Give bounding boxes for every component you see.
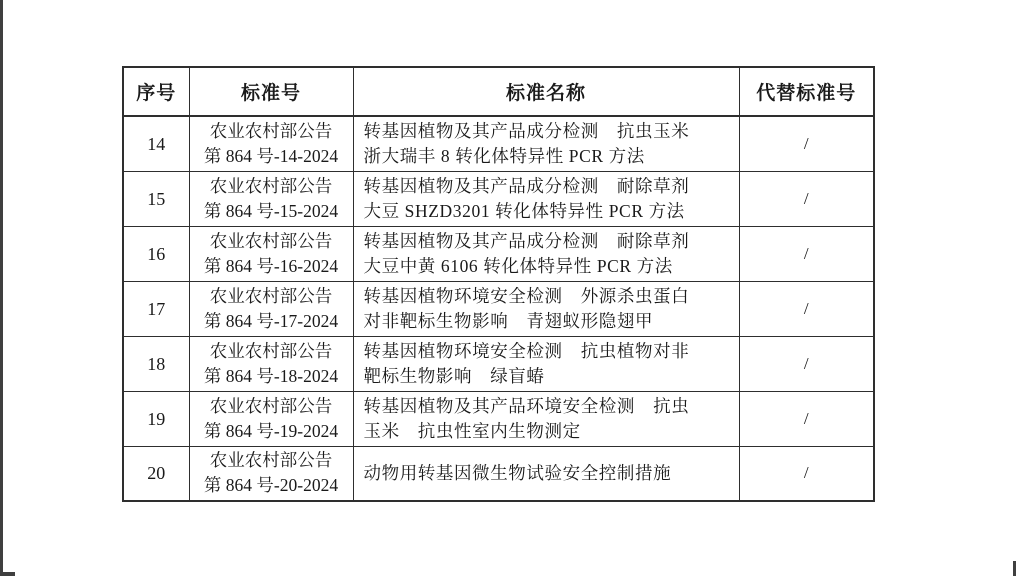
standard-name-line2: 大豆 SHZD3201 转化体特异性 PCR 方法	[364, 199, 733, 224]
table-row: 18 农业农村部公告 第 864 号-18-2024 转基因植物环境安全检测 抗…	[123, 337, 874, 392]
cell-replaced-standard: /	[739, 447, 874, 501]
cell-serial-number: 20	[123, 447, 189, 501]
cell-replaced-standard: /	[739, 172, 874, 227]
cell-serial-number: 17	[123, 282, 189, 337]
cell-serial-number: 15	[123, 172, 189, 227]
standard-name-line2: 玉米 抗虫性室内生物测定	[364, 419, 733, 444]
column-header-serial-number: 序号	[123, 67, 189, 116]
cell-standard-number: 农业农村部公告 第 864 号-19-2024	[189, 392, 353, 447]
scan-edge-artifact-bottom-left	[0, 572, 15, 576]
cell-standard-name: 转基因植物环境安全检测 抗虫植物对非 靶标生物影响 绿盲蝽	[353, 337, 739, 392]
standard-number-line1: 农业农村部公告	[190, 448, 353, 473]
standard-name-line1: 动物用转基因微生物试验安全控制措施	[364, 461, 733, 486]
table-header-row: 序号 标准号 标准名称 代替标准号	[123, 67, 874, 116]
column-header-standard-number: 标准号	[189, 67, 353, 116]
standard-name-line1: 转基因植物及其产品成分检测 抗虫玉米	[364, 119, 733, 144]
table-row: 14 农业农村部公告 第 864 号-14-2024 转基因植物及其产品成分检测…	[123, 116, 874, 172]
cell-replaced-standard: /	[739, 282, 874, 337]
cell-standard-name: 转基因植物及其产品成分检测 耐除草剂 大豆中黄 6106 转化体特异性 PCR …	[353, 227, 739, 282]
cell-serial-number: 18	[123, 337, 189, 392]
cell-replaced-standard: /	[739, 337, 874, 392]
table-row: 15 农业农村部公告 第 864 号-15-2024 转基因植物及其产品成分检测…	[123, 172, 874, 227]
table-row: 20 农业农村部公告 第 864 号-20-2024 动物用转基因微生物试验安全…	[123, 447, 874, 501]
standard-number-line1: 农业农村部公告	[190, 119, 353, 144]
cell-serial-number: 16	[123, 227, 189, 282]
standard-name-line1: 转基因植物及其产品成分检测 耐除草剂	[364, 229, 733, 254]
standard-number-line1: 农业农村部公告	[190, 339, 353, 364]
cell-replaced-standard: /	[739, 116, 874, 172]
cell-standard-number: 农业农村部公告 第 864 号-16-2024	[189, 227, 353, 282]
scanned-document-page: 序号 标准号 标准名称 代替标准号 14 农业农村部公告 第 864 号-14-…	[0, 0, 1016, 576]
standard-number-line1: 农业农村部公告	[190, 284, 353, 309]
standard-name-line2: 浙大瑞丰 8 转化体特异性 PCR 方法	[364, 144, 733, 169]
standard-number-line2: 第 864 号-14-2024	[190, 144, 353, 169]
standard-name-line1: 转基因植物环境安全检测 抗虫植物对非	[364, 339, 733, 364]
standard-name-line2: 靶标生物影响 绿盲蝽	[364, 364, 733, 389]
cell-replaced-standard: /	[739, 392, 874, 447]
table-row: 17 农业农村部公告 第 864 号-17-2024 转基因植物环境安全检测 外…	[123, 282, 874, 337]
standard-number-line2: 第 864 号-17-2024	[190, 309, 353, 334]
standard-number-line1: 农业农村部公告	[190, 174, 353, 199]
standard-name-line2: 对非靶标生物影响 青翅蚁形隐翅甲	[364, 309, 733, 334]
cell-standard-number: 农业农村部公告 第 864 号-20-2024	[189, 447, 353, 501]
standard-name-line1: 转基因植物环境安全检测 外源杀虫蛋白	[364, 284, 733, 309]
cell-standard-name: 转基因植物环境安全检测 外源杀虫蛋白 对非靶标生物影响 青翅蚁形隐翅甲	[353, 282, 739, 337]
standard-name-line1: 转基因植物及其产品成分检测 耐除草剂	[364, 174, 733, 199]
standard-name-line2: 大豆中黄 6106 转化体特异性 PCR 方法	[364, 254, 733, 279]
standard-number-line2: 第 864 号-15-2024	[190, 199, 353, 224]
cell-serial-number: 14	[123, 116, 189, 172]
table-row: 16 农业农村部公告 第 864 号-16-2024 转基因植物及其产品成分检测…	[123, 227, 874, 282]
standard-name-line1: 转基因植物及其产品环境安全检测 抗虫	[364, 394, 733, 419]
standards-table: 序号 标准号 标准名称 代替标准号 14 农业农村部公告 第 864 号-14-…	[122, 66, 875, 502]
column-header-standard-name: 标准名称	[353, 67, 739, 116]
cell-standard-number: 农业农村部公告 第 864 号-14-2024	[189, 116, 353, 172]
column-header-replaced-standard-number: 代替标准号	[739, 67, 874, 116]
cell-standard-name: 动物用转基因微生物试验安全控制措施	[353, 447, 739, 501]
cell-standard-number: 农业农村部公告 第 864 号-17-2024	[189, 282, 353, 337]
standard-number-line2: 第 864 号-16-2024	[190, 254, 353, 279]
standard-number-line2: 第 864 号-19-2024	[190, 419, 353, 444]
standard-number-line2: 第 864 号-18-2024	[190, 364, 353, 389]
cell-standard-number: 农业农村部公告 第 864 号-18-2024	[189, 337, 353, 392]
cell-serial-number: 19	[123, 392, 189, 447]
cell-standard-name: 转基因植物及其产品环境安全检测 抗虫 玉米 抗虫性室内生物测定	[353, 392, 739, 447]
cell-standard-name: 转基因植物及其产品成分检测 耐除草剂 大豆 SHZD3201 转化体特异性 PC…	[353, 172, 739, 227]
scan-edge-artifact-left	[0, 0, 3, 576]
cell-standard-name: 转基因植物及其产品成分检测 抗虫玉米 浙大瑞丰 8 转化体特异性 PCR 方法	[353, 116, 739, 172]
cell-replaced-standard: /	[739, 227, 874, 282]
standard-number-line1: 农业农村部公告	[190, 229, 353, 254]
standard-number-line2: 第 864 号-20-2024	[190, 473, 353, 498]
cell-standard-number: 农业农村部公告 第 864 号-15-2024	[189, 172, 353, 227]
standard-number-line1: 农业农村部公告	[190, 394, 353, 419]
table-row: 19 农业农村部公告 第 864 号-19-2024 转基因植物及其产品环境安全…	[123, 392, 874, 447]
